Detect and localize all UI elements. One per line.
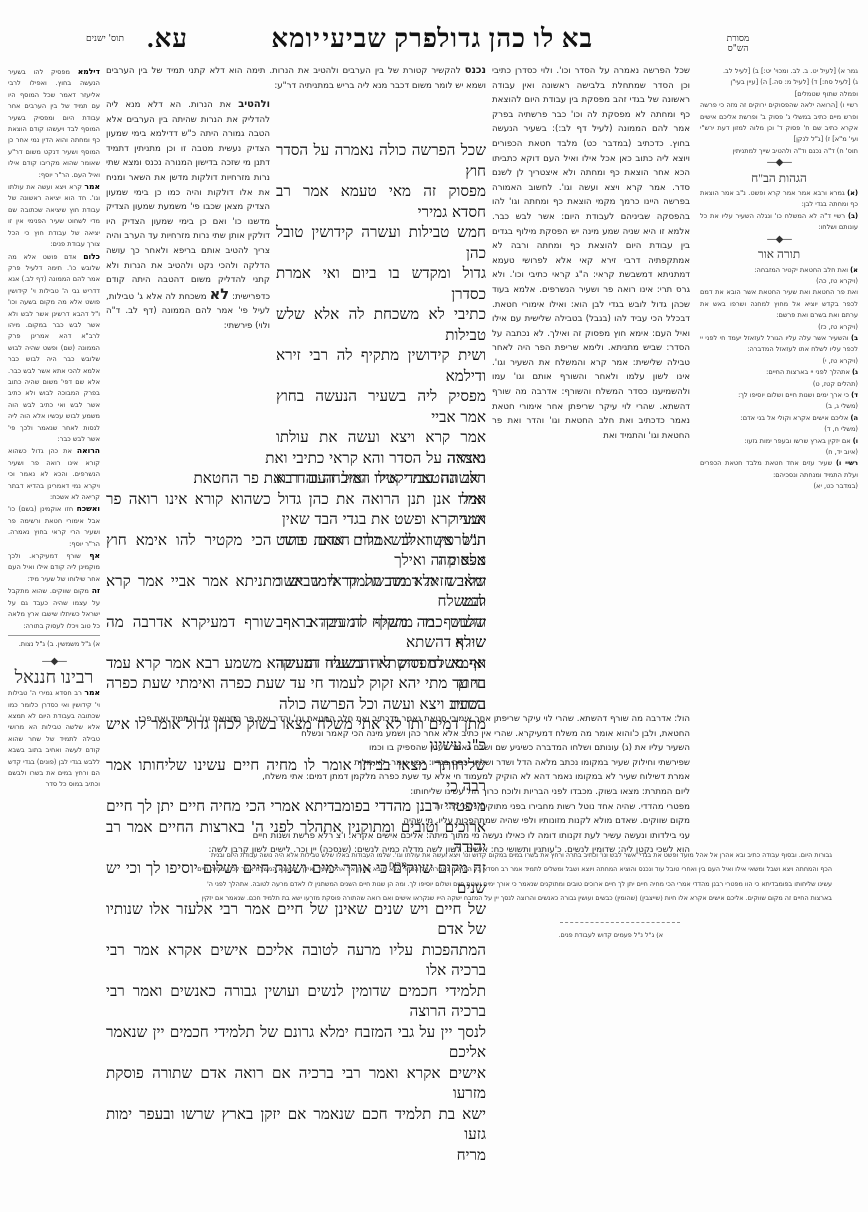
- gemara-line: תלמידי חכמים שדומין לנשים ועושין גבורה כ…: [106, 981, 486, 1022]
- gemara-line: ושית קידושין מתקיף לה רבי זירא ודילמא: [276, 345, 486, 386]
- gemara-line: נאמרה על הסדר והא קראי כתיבי ואת: [150, 448, 486, 469]
- divider: [8, 635, 100, 636]
- tosafot-commentary-col: ולהטיב את הנרות. הא דלא מנא ליה להדליק א…: [106, 98, 270, 388]
- masoret-line: ג) [לעיל סח:] ד) [לעיל מ: סה.] ה) [עיין …: [700, 77, 858, 88]
- hagahot-habach-title: הגהות הב"ח: [700, 173, 858, 184]
- gemara-line: שכל הפרשה כולה נאמרה על הסדר חוץ: [276, 140, 486, 181]
- masoret-line: ופמלה שתוף שטמלים]: [700, 89, 858, 100]
- rabbeinu-chananel-continued: גבורות היום. ובסוף עבודה כתיב ובא אהרן א…: [36, 848, 832, 906]
- folio-number: עא.: [147, 24, 188, 54]
- rashi-commentary: שכל הפרשה נאמרה על הסדר וכו'. ולוי כסדרן…: [492, 64, 690, 704]
- torah-or-item: ד) כי ארך ימים ושנות חיים ושלום יוסיפו ל…: [700, 390, 858, 413]
- masoret-line: רשיי ו) [הרואה ילאה שהפסוקים ירוקים זה מ…: [700, 100, 858, 146]
- tractate-name: יומא: [271, 24, 321, 54]
- rashi-line: השעיר עליו את (ג) עונותם ושלחו המדברה כש…: [106, 741, 690, 756]
- torah-or-item: ה) אליכם אישים אקרא וקולי אל בני אדם:(מש…: [700, 413, 858, 436]
- hagahot-item: (א) גמרא ורבא אמר אמר קרא ופשט. נ"ב אמר …: [700, 188, 858, 211]
- rashi-line: שפירשתי וחילוק שעיר במקומו נכתב מלאה הדל…: [106, 756, 690, 771]
- tosafot-yeshanim-entry: ואשכח חזו אוקמינן (בשם) כו' אבל אימורי ח…: [8, 503, 100, 550]
- gemara-line: הנשרפין ואילו אמורי חטאת בתר הכי מקטיר ל…: [106, 530, 486, 571]
- rashi-line: מקום שווקים. שאדם מולא לקנות מזונותיו ול…: [106, 814, 690, 829]
- masoret-hashas-column: גמר א) [לעיל יט. ב. לב. ומכוי' יט:] ב) […: [700, 66, 858, 493]
- tosafot-yeshanim-entry: דילמא מפסיק להו בשעיר הנעשה בחוץ. ואפילו…: [8, 66, 100, 181]
- rashi-line: ליום המתרת: מצאו בשוק. מכבדו לפני הבריות…: [106, 785, 690, 800]
- tosafot-heading: לא: [210, 286, 229, 303]
- gemara-line: מריח: [106, 1145, 486, 1166]
- torah-or-item: א) ואת חלב החטאת יקטיר המזבחה:(ויקרא טז,…: [700, 265, 858, 288]
- gemara-line: המתהפכות עליו מרעה לטובה אליכם אישים אקר…: [106, 940, 486, 981]
- masoret-label: מסורת הש"ס: [718, 34, 758, 54]
- tosafot-yeshanim-entry: הרואה את כהן גדול כשהוא קורא אינו רואה פ…: [8, 445, 100, 503]
- gemara-line: ומאי חזית דמשבשת קראי שביש מתניתא אמר אב…: [106, 571, 486, 612]
- gemara-line: מפסיק ליה בשעיר הנעשה בחוץ אמר אביי: [276, 386, 486, 427]
- tosafot-yeshanim-entry: אמר קרא ויצא ועשה את עולתו וגו'. חד הוא …: [8, 181, 100, 250]
- rashi-line: עני בילדותו ונעשה עשיר לעת זקנותו דומה ל…: [106, 829, 690, 844]
- torah-or-item: ג) אתהלך לפני יי בארצות החיים:(תהלים קטז…: [700, 367, 858, 390]
- tosafot-yeshanim-entry: אף שורף דמעיקרא. ולכך מוקמינן ליה קודם א…: [8, 550, 100, 585]
- footnote-divider: [560, 922, 680, 923]
- gemara-line: והשורף מה משלח דמעיקרא אף שורף דמעיקרא א…: [106, 612, 486, 653]
- tosafot-heading: נכנס: [465, 65, 486, 76]
- gemara-line: חי עד מתי יהא זקוק לעמוד חי עד שעת כפרה …: [106, 673, 486, 714]
- rashi-line: הול: אדרבה מה שורף דהשתא. שהרי לוי עיקר …: [106, 712, 690, 727]
- rashi-line: מפטרי מהדדי. שהיה אחד נוטל רשות מחבירו ב…: [106, 800, 690, 815]
- rashi-line: החטאת, ולבן כ'והוא אומר מה משלח דמעיקרא.…: [106, 727, 690, 742]
- tosafot-yeshanim-entry: כלום אדם פושט אלא מה שלובש כו'. תימה דלע…: [8, 251, 100, 446]
- tosafot-yeshanim-column: דילמא מפסיק להו בשעיר הנעשה בחוץ. ואפילו…: [8, 66, 100, 791]
- tosafot-heading: ולהטיב: [238, 99, 270, 110]
- commentary-line: עשינו שליחותו בפומבדיתא כי הוו מפטרי רבנ…: [36, 877, 832, 891]
- gemara-line: אישים אקרא ואמר רבי ברכיה אם רואה אדם שת…: [106, 1063, 486, 1104]
- gemara-line: חמש טבילות ועשרה קידושין טובל כהן: [276, 222, 486, 263]
- torah-or-item: רשיי ו) שעיר עזים אחד חטאת מלבד חטאת הכפ…: [700, 458, 858, 492]
- gemara-line: גדול ומקדש בו ביום ואי אמרת כסדרן: [276, 263, 486, 304]
- commentary-line: גבורות היום. ובסוף עבודה כתיב ובא אהרן א…: [36, 848, 832, 862]
- torah-or-item: ב) והשעיר אשר עלה עליו הגורל לעזאזל יעמד…: [700, 333, 858, 367]
- rabbeinu-chananel-entry: אמר רב חסדא גמירי ה' טבילות וי' קידושין …: [8, 687, 100, 791]
- tosafot-yeshanim-label: תוס' ישנים: [85, 34, 125, 44]
- ornament-divider: —◆—: [700, 234, 858, 245]
- hagahot-item: (ב) רשיי ד"ה לא המשלח כו' ונגלה השעיר על…: [700, 211, 858, 234]
- tosafot-yeshanim-footnote: א) ג"ל משמשין. ב) ג"ל נצות.: [8, 639, 100, 650]
- gemara-text-wide: נאמרה על הסדר והא קראי כתיבי ואת: [150, 448, 486, 469]
- commentary-line: הכף והמחתה ויצא ושבל ומשאי אילו ואיל העם…: [36, 862, 832, 876]
- chapter-number-label: פרק שביעי: [322, 24, 438, 54]
- page-footnote: א) ג"ל נ"ל פעמים קדוש לעבודת פנים.: [558, 928, 663, 942]
- commentary-line: בארצות החיים זה מקום שווקים. אליכם אישים…: [36, 891, 832, 905]
- torah-or-title: תורה אור: [700, 249, 858, 260]
- tosafot-yeshanim-entry: זה מקום שווקים. שהוא מתקבל על עצמו שהיה …: [8, 585, 100, 632]
- torah-or-item: ו) אם יזקין בארץ שרשו ובעפר ימות גזעו:(א…: [700, 436, 858, 459]
- masoret-line: גמר א) [לעיל יט. ב. לב. ומכוי' יט:] ב) […: [700, 66, 858, 77]
- rashi-line: אמרת דשילוח שעיר לא במקומו נאמר דהא לא ה…: [106, 770, 690, 785]
- ornament-divider: —◆—: [700, 157, 858, 168]
- gemara-line: ישא בת תלמיד חכם שנאמר אם יזקן בארץ שרשו…: [106, 1104, 486, 1145]
- gemara-line: חלב החטאת יקטיר המזבחה והדר ואת פר החטאת: [106, 468, 486, 489]
- torah-or-item: ואת פר החטאת ואת שעיר החטאת אשר הובא את …: [700, 287, 858, 333]
- gemara-line: אף משלח דהשתא והמשלח דמעיקרא משמע רבא אמ…: [106, 653, 486, 674]
- rabbeinu-chananel-title: רבינו חננאל: [8, 672, 100, 683]
- gemara-line: ואילו אנן תנן הרואה את כהן גדול כשהוא קו…: [106, 489, 486, 530]
- chapter-title: בא לו כהן גדול: [437, 24, 593, 54]
- gemara-line: מפסוק זה מאי טעמא אמר רב חסדא גמירי: [276, 181, 486, 222]
- masoret-line: תוס' ח) ד"ה נכנם וד"ה ולהטיב שייך למתנית…: [700, 146, 858, 157]
- ornament-divider: —◆—: [8, 656, 100, 667]
- gemara-line: לנסך יין על גבי המזבח ימלא גרונם של תלמי…: [106, 1022, 486, 1063]
- tosafot-commentary: נכנס להקשיר קטורת של בין הערבים ולהטיב א…: [106, 64, 486, 98]
- gemara-line: כתיבי לא משכחת לה אלא שלש טבילות: [276, 304, 486, 345]
